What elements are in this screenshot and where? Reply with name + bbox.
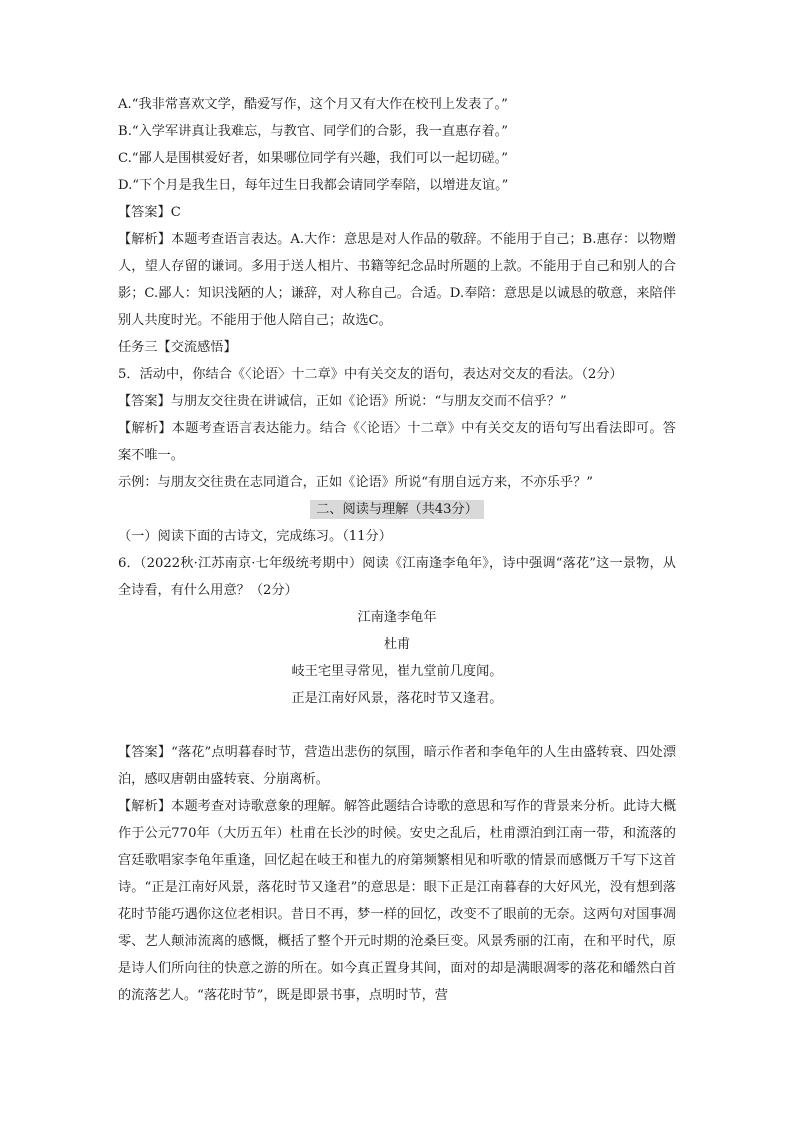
- section-heading-text: 二、阅读与理解（共43分）: [310, 500, 484, 519]
- q4-answer: 【答案】C: [118, 199, 676, 226]
- answer-tag: 【答案】: [118, 205, 171, 220]
- poem-block: 江南逢李龟年 杜甫 岐王宅里寻常见，崔九堂前几度闻。 正是江南好风景，落花时节又…: [118, 604, 676, 712]
- poem-line: 正是江南好风景，落花时节又逢君。: [118, 685, 676, 712]
- q5-answer: 【答案】与朋友交往贵在讲诚信，正如《论语》所说：“与朋友交而不信乎？”: [118, 388, 676, 415]
- poem-title: 江南逢李龟年: [118, 604, 676, 631]
- spacer: [118, 712, 676, 739]
- analysis-text: 本题考查语言表达能力。结合《〈论语〉十二章》中有关交友的语句写出看法即可。答案不…: [118, 421, 676, 463]
- option-b: B.“入学军讲真让我难忘，与教官、同学们的合影，我一直惠存着。”: [118, 118, 676, 145]
- answer-tag: 【答案】: [118, 745, 171, 760]
- poem-line: 岐王宅里寻常见，崔九堂前几度闻。: [118, 658, 676, 685]
- option-a: A.“我非常喜欢文学，酷爱写作，这个月又有大作在校刊上发表了。”: [118, 91, 676, 118]
- task3-heading: 任务三【交流感悟】: [118, 334, 676, 361]
- analysis-tag: 【解析】: [118, 799, 171, 814]
- document-page: A.“我非常喜欢文学，酷爱写作，这个月又有大作在校刊上发表了。” B.“入学军讲…: [118, 91, 676, 1009]
- analysis-tag: 【解析】: [118, 232, 171, 247]
- section-heading: 二、阅读与理解（共43分）: [118, 496, 676, 523]
- q6-question: 6．（2022秋·江苏南京·七年级统考期中）阅读《江南逢李龟年》，诗中强调“落花…: [118, 550, 676, 604]
- q5-analysis: 【解析】本题考查语言表达能力。结合《〈论语〉十二章》中有关交友的语句写出看法即可…: [118, 415, 676, 469]
- answer-tag: 【答案】: [118, 394, 171, 409]
- q5-example: 示例：与朋友交往贵在志同道合，正如《论语》所说“有朋自远方来，不亦乐乎？”: [118, 469, 676, 496]
- section-subheading: （一）阅读下面的古诗文，完成练习。（11分）: [118, 523, 676, 550]
- answer-text: C: [171, 205, 181, 220]
- analysis-text: 本题考查对诗歌意象的理解。解答此题结合诗歌的意思和写作的背景来分析。此诗大概作于…: [118, 799, 676, 1003]
- option-c: C.“鄙人是围棋爱好者，如果哪位同学有兴趣，我们可以一起切磋。”: [118, 145, 676, 172]
- answer-text: “落花”点明暮春时节，营造出悲伤的氛围，暗示作者和李龟年的人生由盛转衰、四处漂泊…: [118, 745, 676, 787]
- option-d: D.“下个月是我生日，每年过生日我都会请同学奉陪，以增进友谊。”: [118, 172, 676, 199]
- poem-author: 杜甫: [118, 631, 676, 658]
- q6-answer: 【答案】“落花”点明暮春时节，营造出悲伤的氛围，暗示作者和李龟年的人生由盛转衰、…: [118, 739, 676, 793]
- q4-analysis: 【解析】本题考查语言表达。A.大作：意思是对人作品的敬辞。不能用于自己；B.惠存…: [118, 226, 676, 334]
- analysis-tag: 【解析】: [118, 421, 172, 436]
- q6-analysis: 【解析】本题考查对诗歌意象的理解。解答此题结合诗歌的意思和写作的背景来分析。此诗…: [118, 793, 676, 1009]
- q5-question: 5．活动中，你结合《〈论语〉十二章》中有关交友的语句，表达对交友的看法。（2分）: [118, 361, 676, 388]
- answer-text: 与朋友交往贵在讲诚信，正如《论语》所说：“与朋友交而不信乎？”: [171, 394, 567, 409]
- analysis-text: 本题考查语言表达。A.大作：意思是对人作品的敬辞。不能用于自己；B.惠存：以物赠…: [118, 232, 676, 328]
